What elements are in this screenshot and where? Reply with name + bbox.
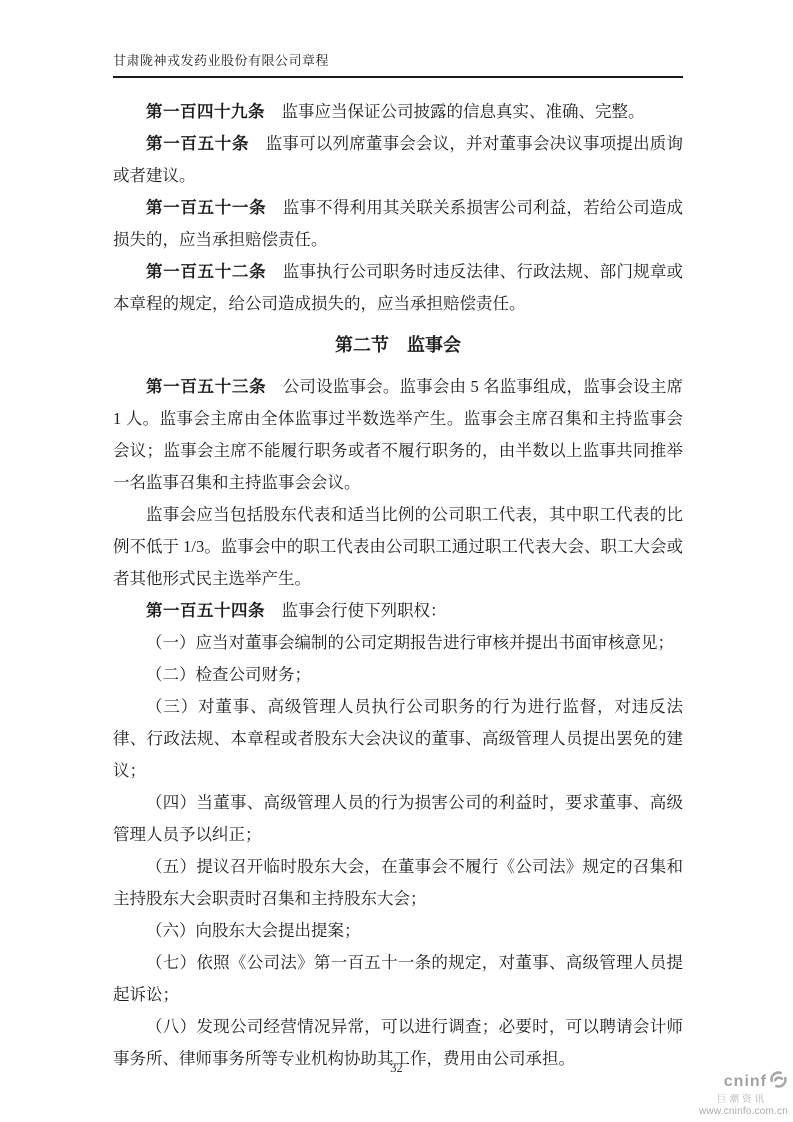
article-number: 第一百五十三条 — [146, 378, 266, 396]
article-paragraph: 第一百四十九条监事应当保证公司披露的信息真实、准确、完整。 — [113, 96, 683, 128]
list-item-paragraph: （五）提议召开临时股东大会，在董事会不履行《公司法》规定的召集和主持股东大会职责… — [113, 851, 683, 915]
article-text: 监事应当保证公司披露的信息真实、准确、完整。 — [282, 102, 645, 121]
article-number: 第一百五十二条 — [146, 263, 266, 281]
document-body: 第一百四十九条监事应当保证公司披露的信息真实、准确、完整。 第一百五十条监事可以… — [113, 96, 683, 1075]
article-text: 监事会行使下列职权： — [282, 601, 447, 620]
list-item-paragraph: （四）当董事、高级管理人员的行为损害公司的利益时，要求董事、高级管理人员予以纠正… — [113, 787, 683, 851]
article-paragraph: 第一百五十条监事可以列席董事会会议，并对董事会决议事项提出质询或者建议。 — [113, 128, 683, 192]
list-item-paragraph: （二）检查公司财务； — [113, 659, 683, 691]
cninfo-watermark: cninf 巨潮资讯 www.cninfo.com.cn — [658, 1070, 788, 1117]
body-paragraph: 监事会应当包括股东代表和适当比例的公司职工代表，其中职工代表的比例不低于 1/3… — [113, 499, 683, 595]
article-paragraph: 第一百五十一条监事不得利用其关联关系损害公司利益，若给公司造成损失的，应当承担赔… — [113, 192, 683, 256]
article-number: 第一百五十一条 — [146, 199, 266, 217]
article-number: 第一百五十条 — [146, 135, 249, 153]
article-number: 第一百五十四条 — [146, 602, 265, 620]
article-paragraph: 第一百五十二条监事执行公司职务时违反法律、行政法规、部门规章或本章程的规定，给公… — [113, 256, 683, 320]
cninfo-chinese-name: 巨潮资讯 — [658, 1095, 767, 1105]
list-item-paragraph: （七）依照《公司法》第一百五十一条的规定，对董事、高级管理人员提起诉讼； — [113, 947, 683, 1011]
list-item-paragraph: （六）向股东大会提出提案； — [113, 915, 683, 947]
cninfo-swirl-icon — [769, 1070, 788, 1094]
section-heading: 第二节 监事会 — [113, 329, 683, 361]
article-paragraph: 第一百五十四条监事会行使下列职权： — [113, 595, 683, 627]
list-item-paragraph: （三）对董事、高级管理人员执行公司职务的行为进行监督，对违反法律、行政法规、本章… — [113, 691, 683, 787]
cninfo-brand-text: cninf — [724, 1073, 767, 1091]
article-number: 第一百四十九条 — [146, 103, 265, 121]
list-item-paragraph: （一）应当对董事会编制的公司定期报告进行审核并提出书面审核意见； — [113, 627, 683, 659]
cninfo-brand-row: cninf — [658, 1070, 788, 1094]
cninfo-url: www.cninfo.com.cn — [658, 1106, 788, 1117]
document-page: { "page": { "header_title": "甘肃陇神戎发药业股份有… — [0, 0, 793, 1122]
document-header: 甘肃陇神戎发药业股份有限公司章程 — [113, 50, 683, 78]
article-paragraph: 第一百五十三条公司设监事会。监事会由 5 名监事组成，监事会设主席 1 人。监事… — [113, 371, 683, 499]
document-header-title: 甘肃陇神戎发药业股份有限公司章程 — [113, 53, 329, 68]
